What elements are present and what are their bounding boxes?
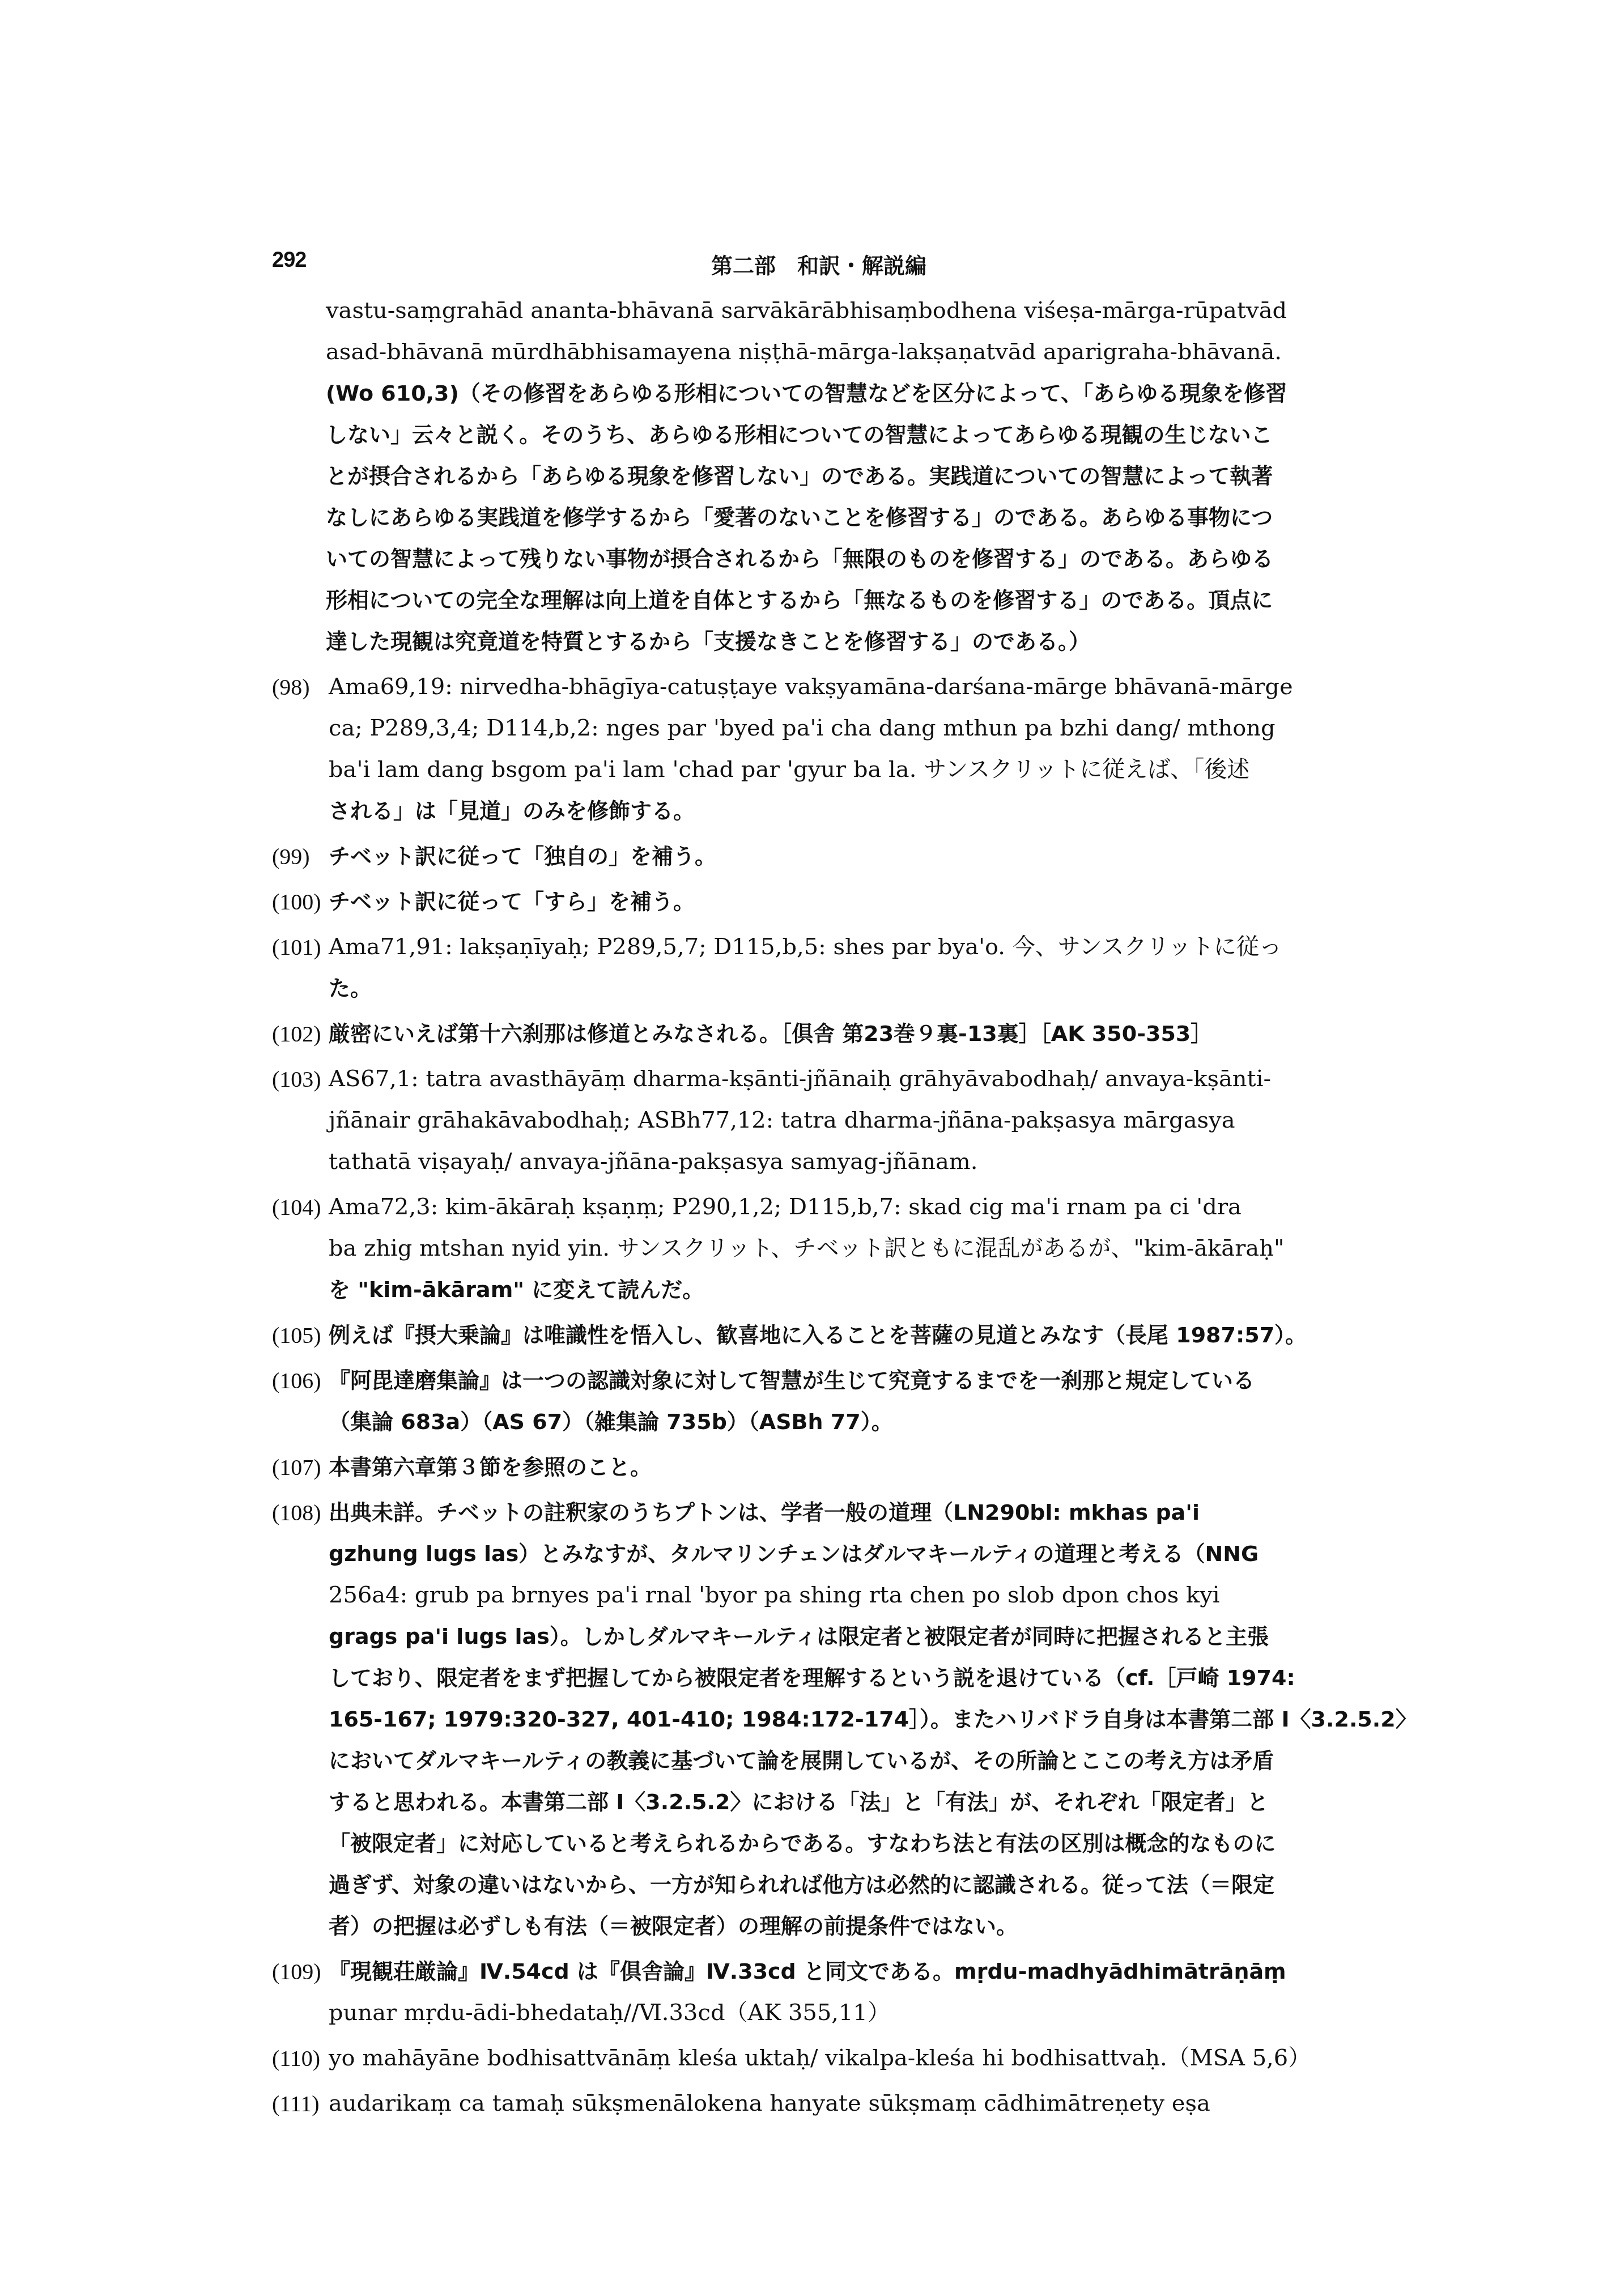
footnote-103: (103) AS67,1: tatra avasthāyāṃ dharma-kṣ… xyxy=(272,1058,1368,1183)
text-line: （集論 683a）（AS 67）（雑集論 735b）（ASBh 77）。 xyxy=(329,1401,1368,1443)
text-line: を "kim-ākāram" に変えて読んだ。 xyxy=(329,1269,1368,1311)
text-line: しない」云々と説く。そのうち、あらゆる形相についての智慧によってあらゆる現観の生… xyxy=(326,414,1368,456)
footnote-marker: (99) xyxy=(272,836,310,877)
footnote-marker: (101) xyxy=(272,926,321,968)
footnote-111: (111) audarikaṃ ca tamaḥ sūkṣmenālokena … xyxy=(272,2083,1368,2124)
text-line: 達した現観は究竟道を特質とするから「支援なきことを修習する」のである。） xyxy=(326,621,1368,662)
footnote-100: (100) チベット訳に従って「すら」を補う。 xyxy=(272,881,1368,922)
text-line: とが摂合されるから「あらゆる現象を修習しない」のである。実践道についての智慧によ… xyxy=(326,456,1368,497)
footnote-marker: (102) xyxy=(272,1013,321,1055)
text-line: grags pa'i lugs las）。しかしダルマキールティは限定者と被限定… xyxy=(329,1616,1368,1657)
text-line: gzhung lugs las）とみなすが、タルマリンチェンはダルマキールティの… xyxy=(329,1533,1368,1575)
footnote-marker: (106) xyxy=(272,1360,321,1401)
text-line: tathatā viṣayaḥ/ anvaya-jñāna-pakṣasya s… xyxy=(329,1141,1368,1183)
footnote-99: (99) チベット訳に従って「独自の」を補う。 xyxy=(272,836,1368,877)
text-line: される」は「見道」のみを修飾する。 xyxy=(329,790,1368,832)
text-line: た。 xyxy=(329,968,1368,1009)
footnote-marker: (110) xyxy=(272,2038,320,2079)
footnote-marker: (108) xyxy=(272,1492,321,1533)
text-line: ca; P289,3,4; D114,b,2: nges par 'byed p… xyxy=(329,708,1368,749)
text-line: vastu-saṃgrahād ananta-bhāvanā sarvākārā… xyxy=(326,290,1368,331)
text-line: Ama71,91: lakṣaṇīyaḥ; P289,5,7; D115,b,5… xyxy=(329,926,1368,968)
text-line: jñānair grāhakāvabodhaḥ; ASBh77,12: tatr… xyxy=(329,1100,1368,1141)
text-line: asad-bhāvanā mūrdhābhisamayena niṣṭhā-mā… xyxy=(326,331,1368,373)
text-line: punar mṛdu-ādi-bhedataḥ//Ⅵ.33cd（AK 355,1… xyxy=(329,1992,1368,2034)
text-line: チベット訳に従って「独自の」を補う。 xyxy=(329,836,1368,877)
footnote-104: (104) Ama72,3: kim-ākāraḥ kṣaṇṃ; P290,1,… xyxy=(272,1187,1368,1311)
text-line: 過ぎず、対象の違いはないから、一方が知られれば他方は必然的に認識される。従って法… xyxy=(329,1864,1368,1906)
text-line: AS67,1: tatra avasthāyāṃ dharma-kṣānti-j… xyxy=(329,1058,1368,1100)
footnote-105: (105) 例えば『摂大乗論』は唯識性を悟入し、歓喜地に入ることを菩薩の見道とみ… xyxy=(272,1315,1368,1356)
footnote-marker: (104) xyxy=(272,1187,321,1228)
text-line: 形相についての完全な理解は向上道を自体とするから「無なるものを修習する」のである… xyxy=(326,580,1368,621)
text-line: Ama72,3: kim-ākāraḥ kṣaṇṃ; P290,1,2; D11… xyxy=(329,1187,1368,1228)
page-body: vastu-saṃgrahād ananta-bhāvanā sarvākārā… xyxy=(272,290,1368,2124)
text-line: 者）の把握は必ずしも有法（＝被限定者）の理解の前提条件ではない。 xyxy=(329,1906,1368,1947)
continued-footnote-text: vastu-saṃgrahād ananta-bhāvanā sarvākārā… xyxy=(272,290,1368,662)
text-line: 「被限定者」に対応していると考えられるからである。すなわち法と有法の区別は概念的… xyxy=(329,1823,1368,1864)
page-header: 292 第二部 和訳・解説編 xyxy=(272,248,1366,282)
text-line: ba'i lam dang bsgom pa'i lam 'chad par '… xyxy=(329,749,1368,790)
footnote-109: (109) 『現観荘厳論』Ⅳ.54cd は『倶舎論』Ⅳ.33cd と同文である。… xyxy=(272,1951,1368,2034)
footnote-marker: (107) xyxy=(272,1447,321,1488)
text-line: しており、限定者をまず把握してから被限定者を理解するという説を退けている（cf.… xyxy=(329,1657,1368,1699)
text-line: 256a4: grub pa brnyes pa'i rnal 'byor pa… xyxy=(329,1575,1368,1616)
text-line: 本書第六章第３節を参照のこと。 xyxy=(329,1447,1368,1488)
text-line: いての智慧によって残りない事物が摂合されるから「無限のものを修習する」のである。… xyxy=(326,538,1368,580)
footnote-marker: (98) xyxy=(272,666,310,708)
text-line: 165-167; 1979:320-327, 401-410; 1984:172… xyxy=(329,1699,1368,1740)
text-line: audarikaṃ ca tamaḥ sūkṣmenālokena hanyat… xyxy=(329,2083,1368,2124)
text-line: すると思われる。本書第二部 Ⅰ〈3.2.5.2〉における「法」と「有法」が、それ… xyxy=(329,1781,1368,1823)
text-line: 例えば『摂大乗論』は唯識性を悟入し、歓喜地に入ることを菩薩の見道とみなす（長尾 … xyxy=(329,1315,1368,1356)
text-line: Ama69,19: nirvedha-bhāgīya-catuṣṭaye vak… xyxy=(329,666,1368,708)
text-line: yo mahāyāne bodhisattvānāṃ kleśa uktaḥ/ … xyxy=(329,2038,1368,2079)
text-line: 『阿毘達磨集論』は一つの認識対象に対して智慧が生じて究竟するまでを一刹那と規定し… xyxy=(329,1360,1368,1401)
text-line: ba zhig mtshan nyid yin. サンスクリット、チベット訳とも… xyxy=(329,1228,1368,1269)
footnote-marker: (109) xyxy=(272,1951,321,1992)
footnote-marker: (103) xyxy=(272,1058,321,1100)
footnote-106: (106) 『阿毘達磨集論』は一つの認識対象に対して智慧が生じて究竟するまでを一… xyxy=(272,1360,1368,1443)
text-line: 出典未詳。チベットの註釈家のうちプトンは、学者一般の道理（LN290bl: mk… xyxy=(329,1492,1368,1533)
footnote-110: (110) yo mahāyāne bodhisattvānāṃ kleśa u… xyxy=(272,2038,1368,2079)
footnote-98: (98) Ama69,19: nirvedha-bhāgīya-catuṣṭay… xyxy=(272,666,1368,832)
text-line: チベット訳に従って「すら」を補う。 xyxy=(329,881,1368,922)
text-line: (Wo 610,3)（その修習をあらゆる形相についての智慧などを区分によって、「… xyxy=(326,373,1368,414)
running-head: 第二部 和訳・解説編 xyxy=(272,248,1366,279)
footnote-marker: (100) xyxy=(272,881,321,922)
text-line: 『現観荘厳論』Ⅳ.54cd は『倶舎論』Ⅳ.33cd と同文である。mṛdu-m… xyxy=(329,1951,1368,1992)
footnote-108: (108) 出典未詳。チベットの註釈家のうちプトンは、学者一般の道理（LN290… xyxy=(272,1492,1368,1947)
footnote-101: (101) Ama71,91: lakṣaṇīyaḥ; P289,5,7; D1… xyxy=(272,926,1368,1009)
text-line: 厳密にいえば第十六刹那は修道とみなされる。［倶舎 第23巻９裏-13裏］［AK … xyxy=(329,1013,1368,1055)
footnote-107: (107) 本書第六章第３節を参照のこと。 xyxy=(272,1447,1368,1488)
footnote-marker: (111) xyxy=(272,2083,320,2124)
text-line: なしにあらゆる実践道を修学するから「愛著のないことを修習する」のである。あらゆる… xyxy=(326,497,1368,538)
footnote-marker: (105) xyxy=(272,1315,321,1356)
footnote-102: (102) 厳密にいえば第十六刹那は修道とみなされる。［倶舎 第23巻９裏-13… xyxy=(272,1013,1368,1055)
text-line: においてダルマキールティの教義に基づいて論を展開しているが、その所論とここの考え… xyxy=(329,1740,1368,1781)
